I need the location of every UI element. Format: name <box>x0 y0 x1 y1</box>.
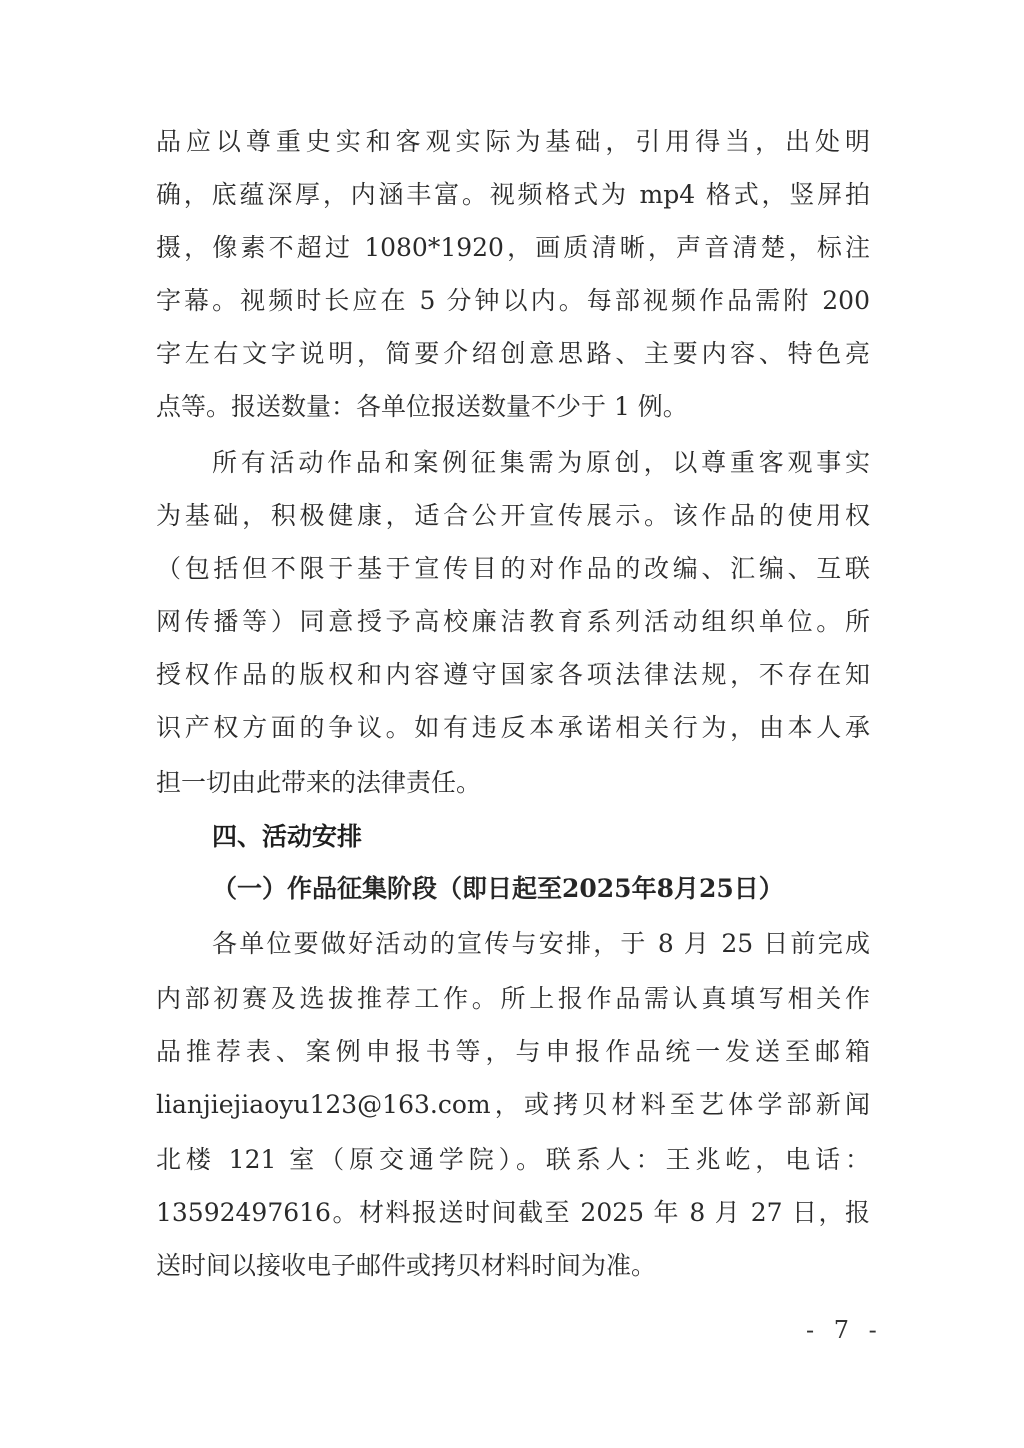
body-text-line: 确，底蕴深厚，内涵丰富。视频格式为 mp4 格式，竖屏拍 <box>156 179 870 211</box>
body-text-line: 识产权方面的争议。如有违反本承诺相关行为，由本人承 <box>156 712 870 744</box>
body-text-line: 内部初赛及选拔推荐工作。所上报作品需认真填写相关作 <box>156 983 870 1015</box>
body-text-line: 字幕。视频时长应在 5 分钟以内。每部视频作品需附 200 <box>156 285 870 317</box>
body-text-line: 网传播等）同意授予高校廉洁教育系列活动组织单位。所 <box>156 606 870 638</box>
body-text-line: 所有活动作品和案例征集需为原创，以尊重客观事实 <box>212 447 870 479</box>
body-text-line: 担一切由此带来的法律责任。 <box>156 767 870 799</box>
body-text-line: 摄，像素不超过 1080*1920，画质清晰，声音清楚，标注 <box>156 232 870 264</box>
body-text-line: 点等。报送数量：各单位报送数量不少于 1 例。 <box>156 391 870 423</box>
section-heading: 四、活动安排 <box>212 821 362 853</box>
body-text-line: 为基础，积极健康，适合公开宣传展示。该作品的使用权 <box>156 500 870 532</box>
body-text-line: （包括但不限于基于宣传目的对作品的改编、汇编、互联 <box>156 553 870 585</box>
document-page: 品应以尊重史实和客观实际为基础，引用得当，出处明 确，底蕴深厚，内涵丰富。视频格… <box>0 0 1024 1448</box>
body-text-line: 送时间以接收电子邮件或拷贝材料时间为准。 <box>156 1250 870 1282</box>
page-number: - 7 - <box>806 1316 883 1344</box>
body-text-line: 品推荐表、案例申报书等，与申报作品统一发送至邮箱 <box>156 1036 870 1068</box>
body-text-line: 授权作品的版权和内容遵守国家各项法律法规，不存在知 <box>156 659 870 691</box>
body-text-line: 北楼 121 室（原交通学院）。联系人：王兆屹，电话： <box>156 1144 870 1176</box>
body-text-line: 字左右文字说明，简要介绍创意思路、主要内容、特色亮 <box>156 338 870 370</box>
email-line: lianjiejiaoyu123@163.com，或拷贝材料至艺体学部新闻 <box>156 1089 870 1121</box>
body-text-line: 品应以尊重史实和客观实际为基础，引用得当，出处明 <box>156 126 870 158</box>
body-text-line: 13592497616。材料报送时间截至 2025 年 8 月 27 日，报 <box>156 1197 870 1229</box>
subsection-heading: （一）作品征集阶段（即日起至2025年8月25日） <box>212 873 784 905</box>
body-text-line: 各单位要做好活动的宣传与安排，于 8 月 25 日前完成 <box>212 928 870 960</box>
